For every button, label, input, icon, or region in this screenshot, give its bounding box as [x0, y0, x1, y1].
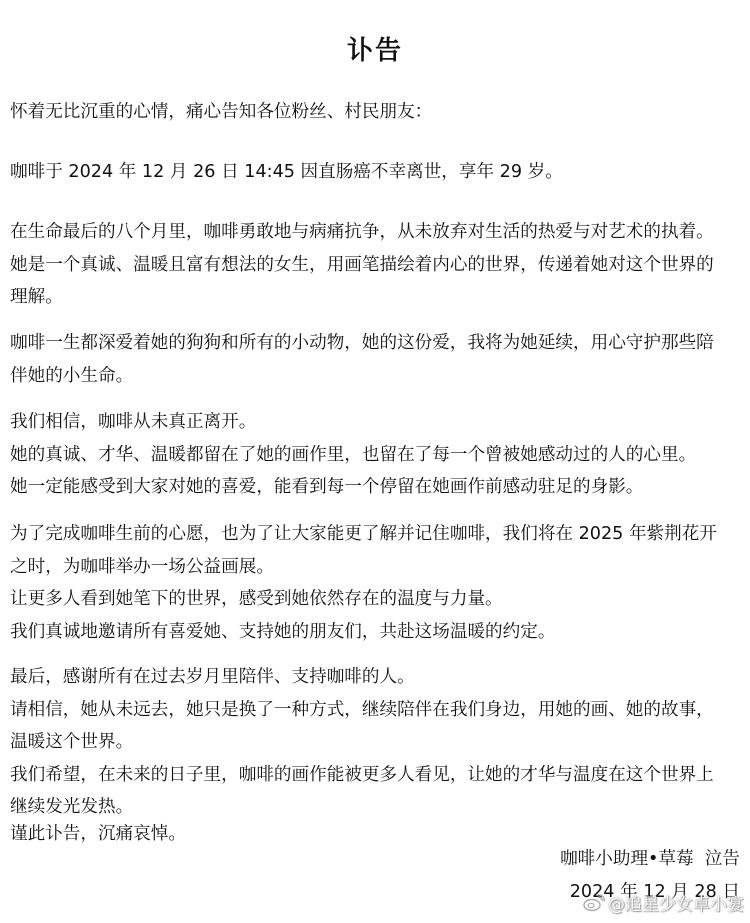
paragraph-line: 之时，为咖啡举办一场公益画展。 [10, 551, 744, 584]
paragraph-thanks: 最后，感谢所有在过去岁月里陪伴、支持咖啡的人。 请相信，她从未远去，她只是换了一… [10, 661, 744, 824]
paragraph-line: 为了完成咖啡生前的心愿，也为了让大家能更了解并记住咖啡，我们将在 2025 年紫… [10, 518, 744, 551]
paragraph-line: 我们真诚地邀请所有喜爱她、支持她的朋友们，共赴这场温暖的约定。 [10, 616, 744, 649]
announcement-line: 咖啡于 2024 年 12 月 26 日 14:45 因直肠癌不幸离世，享年 2… [10, 156, 744, 189]
signature-author: 咖啡小助理•草莓 泣告 [560, 843, 740, 876]
paragraph-belief: 我们相信，咖啡从未真正离开。 她的真诚、才华、温暖都留在了她的画作里，也留在了每… [10, 406, 744, 504]
paragraph-line: 温暖这个世界。 [10, 726, 744, 759]
paragraph-line: 在生命最后的八个月里，咖啡勇敢地与病痛抗争，从未放弃对生活的热爱与对艺术的执着。 [10, 216, 744, 249]
document-title: 讣告 [0, 30, 750, 67]
paragraph-line: 伴她的小生命。 [10, 360, 744, 393]
weibo-icon [583, 894, 605, 912]
obituary-document: 讣告 怀着无比沉重的心情，痛心告知各位粉丝、村民朋友： 咖啡于 2024 年 1… [0, 0, 750, 923]
paragraph-animals: 咖啡一生都深爱着她的狗狗和所有的小动物，她的这份爱，我将为她延续，用心守护那些陪… [10, 327, 744, 392]
paragraph-line: 让更多人看到她笔下的世界，感受到她依然存在的温度与力量。 [10, 583, 744, 616]
paragraph-line: 最后，感谢所有在过去岁月里陪伴、支持咖啡的人。 [10, 661, 744, 694]
salutation-line: 怀着无比沉重的心情，痛心告知各位粉丝、村民朋友： [10, 96, 744, 129]
announcement: 咖啡于 2024 年 12 月 26 日 14:45 因直肠癌不幸离世，享年 2… [10, 156, 744, 189]
paragraph-line: 她的真诚、才华、温暖都留在了她的画作里，也留在了每一个曾被她感动过的人的心里。 [10, 439, 744, 472]
paragraph-line: 我们希望，在未来的日子里，咖啡的画作能被更多人看见，让她的才华与温度在这个世界上 [10, 759, 744, 792]
paragraph-struggle: 在生命最后的八个月里，咖啡勇敢地与病痛抗争，从未放弃对生活的热爱与对艺术的执着。… [10, 216, 744, 314]
paragraph-exhibition: 为了完成咖啡生前的心愿，也为了让大家能更了解并记住咖啡，我们将在 2025 年紫… [10, 518, 744, 648]
paragraph-line: 她是一个真诚、温暖且富有想法的女生，用画笔描绘着内心的世界，传递着她对这个世界的 [10, 249, 744, 282]
paragraph-line: 我们相信，咖啡从未真正离开。 [10, 406, 744, 439]
watermark: @追星少女卓小宴 [583, 890, 744, 915]
paragraph-line: 咖啡一生都深爱着她的狗狗和所有的小动物，她的这份爱，我将为她延续，用心守护那些陪 [10, 327, 744, 360]
salutation: 怀着无比沉重的心情，痛心告知各位粉丝、村民朋友： [10, 96, 744, 129]
paragraph-line: 理解。 [10, 281, 744, 314]
watermark-text: @追星少女卓小宴 [608, 890, 744, 915]
paragraph-line: 她一定能感受到大家对她的喜爱，能看到每一个停留在她画作前感动驻足的身影。 [10, 471, 744, 504]
paragraph-line: 请相信，她从未远去，她只是换了一种方式，继续陪伴在我们身边，用她的画、她的故事， [10, 694, 744, 727]
